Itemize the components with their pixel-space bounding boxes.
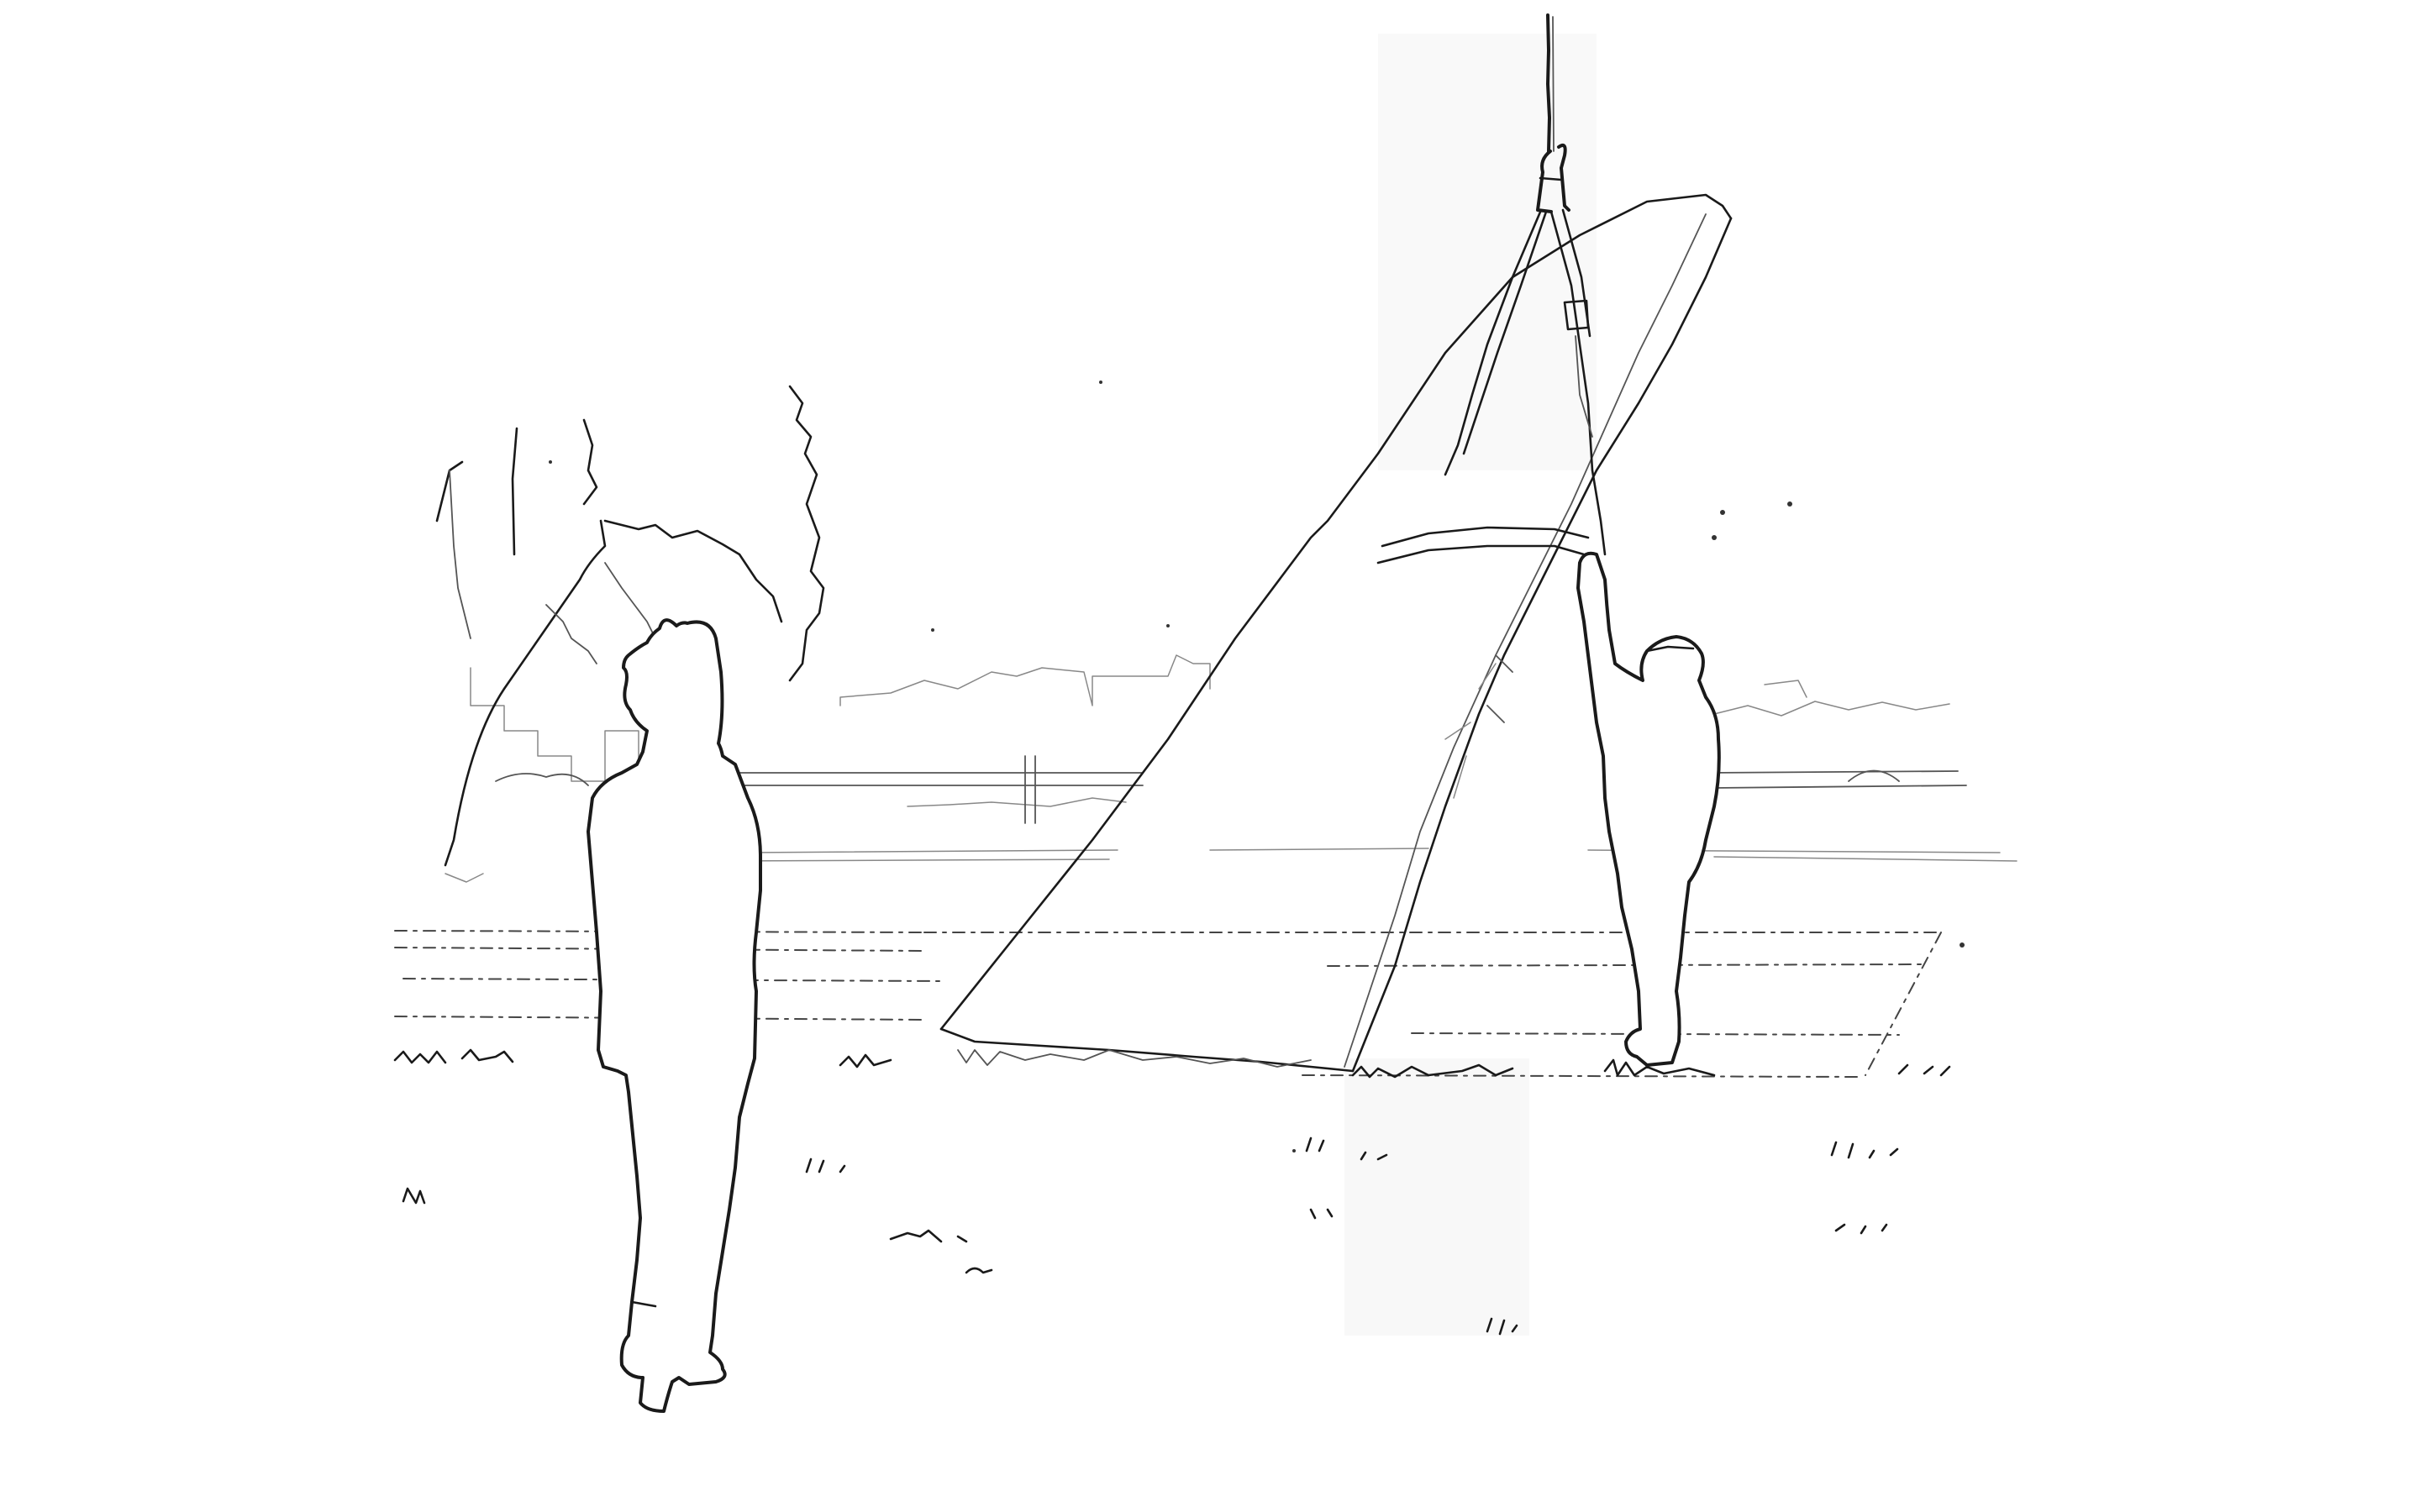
paper-shading <box>1344 34 1597 1336</box>
worker-figure-right <box>1578 554 1719 1065</box>
triangular-slab <box>941 195 1731 1071</box>
sketch-canvas <box>0 0 2420 1512</box>
pencil-specks <box>549 381 1965 1152</box>
standing-figure-left <box>588 620 760 1411</box>
